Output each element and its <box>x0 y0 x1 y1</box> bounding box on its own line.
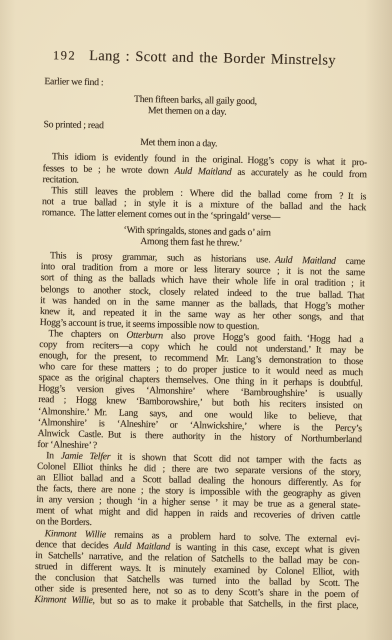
paragraph: This is prosy grammar, such as historian… <box>40 250 365 334</box>
text-line: So printed ; read <box>43 119 367 136</box>
paragraph: The chapters on Otterburn also prove Hog… <box>37 328 363 456</box>
text-line: Earlier we find : <box>44 76 368 93</box>
book-page-scan: 192 Lang : Scott and the Border Minstrel… <box>0 0 392 640</box>
verse-block: ‘With springalds, stones and gads o’ air… <box>41 223 365 251</box>
paragraph: This still leaves the problem : Where di… <box>42 185 367 224</box>
page-sheet: 192 Lang : Scott and the Border Minstrel… <box>0 0 392 612</box>
page-body: Earlier we find :Then fifteen barks, all… <box>34 76 368 611</box>
running-title: Lang : Scott and the Border Minstrelsy <box>89 48 336 70</box>
verse-block: Met them inon a day. <box>43 135 367 152</box>
page-number: 192 <box>45 48 77 64</box>
paragraph: In Jamie Telfer it is shown that Scott d… <box>36 450 361 534</box>
verse-block: Then fifteen barks, all gaily good,Met t… <box>44 92 368 120</box>
running-header: 192 Lang : Scott and the Border Minstrel… <box>45 47 369 70</box>
verse-line: Met them inon a day. <box>43 135 367 152</box>
paragraph: Kinmont Willie remains as a problem hard… <box>34 528 359 612</box>
